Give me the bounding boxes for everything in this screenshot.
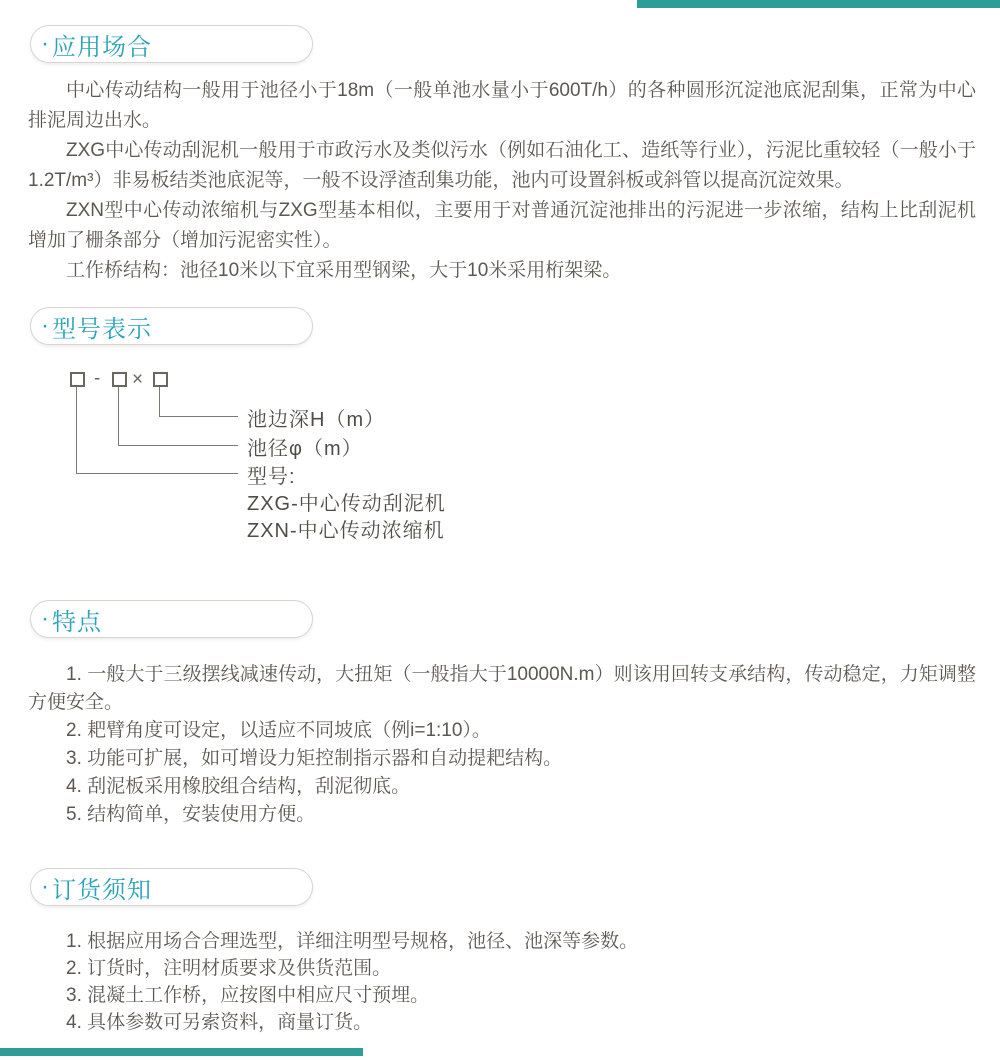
section-title-application: 应用场合 xyxy=(52,27,152,62)
section-bullet: · xyxy=(41,873,50,901)
section-bullet: · xyxy=(41,312,50,340)
application-paragraph-4: 工作桥结构：池径10米以下宜采用型钢梁，大于10米采用桁架梁。 xyxy=(28,256,976,286)
model-code-diagram: - × 池边深H（m） 池径φ（m） 型号: ZXG-中心传动刮泥机 ZXN-中… xyxy=(28,368,588,553)
section-header-application: · 应用场合 xyxy=(30,25,313,63)
feature-item-5: 5. 结构简单，安装使用方便。 xyxy=(28,801,976,829)
ordering-item-2: 2. 订货时，注明材质要求及供货范围。 xyxy=(28,955,976,982)
ordering-list: 1. 根据应用场合合理选型，详细注明型号规格，池径、池深等参数。 2. 订货时，… xyxy=(28,928,976,1036)
model-zxg: ZXG-中心传动刮泥机 xyxy=(247,487,446,516)
label-pool-diameter: 池径φ（m） xyxy=(247,432,363,461)
ordering-item-1: 1. 根据应用场合合理选型，详细注明型号规格，池径、池深等参数。 xyxy=(28,928,976,955)
application-paragraph-2: ZXG中心传动刮泥机一般用于市政污水及类似污水（例如石油化工、造纸等行业），污泥… xyxy=(28,136,976,196)
application-text: 中心传动结构一般用于池径小于18m（一般单池水量小于600T/h）的各种圆形沉淀… xyxy=(28,76,976,286)
section-title-ordering: 订货须知 xyxy=(52,870,152,905)
section-header-model: · 型号表示 xyxy=(30,307,313,345)
feature-item-4: 4. 刮泥板采用橡胶组合结构，刮泥彻底。 xyxy=(28,773,976,801)
feature-item-2: 2. 耙臂角度可设定，以适应不同坡底（例i=1:10）。 xyxy=(28,717,976,745)
section-title-features: 特点 xyxy=(52,602,102,637)
feature-item-1: 1. 一般大于三级摆线减速传动，大扭矩（一般指大于10000N.m）则该用回转支… xyxy=(28,661,976,717)
ordering-item-4: 4. 具体参数可另索资料，商量订货。 xyxy=(28,1009,976,1036)
application-paragraph-3: ZXN型中心传动浓缩机与ZXG型基本相似，主要用于对普通沉淀池排出的污泥进一步浓… xyxy=(28,196,976,256)
label-pool-depth: 池边深H（m） xyxy=(247,403,385,432)
section-bullet: · xyxy=(41,30,50,58)
application-paragraph-1: 中心传动结构一般用于池径小于18m（一般单池水量小于600T/h）的各种圆形沉淀… xyxy=(28,76,976,136)
section-header-features: · 特点 xyxy=(30,600,313,638)
section-header-ordering: · 订货须知 xyxy=(30,868,313,906)
section-title-model: 型号表示 xyxy=(52,309,152,344)
features-list: 1. 一般大于三级摆线减速传动，大扭矩（一般指大于10000N.m）则该用回转支… xyxy=(28,661,976,829)
model-code-box-1 xyxy=(70,372,85,387)
ordering-item-3: 3. 混凝土工作桥，应按图中相应尺寸预埋。 xyxy=(28,982,976,1009)
model-code-box-2 xyxy=(112,372,127,387)
feature-item-3: 3. 功能可扩展，如可增设力矩控制指示器和自动提耙结构。 xyxy=(28,745,976,773)
bottom-accent-bar xyxy=(0,1048,363,1056)
section-bullet: · xyxy=(41,605,50,633)
label-model-prefix: 型号: xyxy=(247,460,296,489)
model-zxn: ZXN-中心传动浓缩机 xyxy=(247,514,445,543)
connector-line-depth xyxy=(159,387,238,417)
top-accent-bar xyxy=(637,0,1000,8)
model-code-box-3 xyxy=(153,372,168,387)
